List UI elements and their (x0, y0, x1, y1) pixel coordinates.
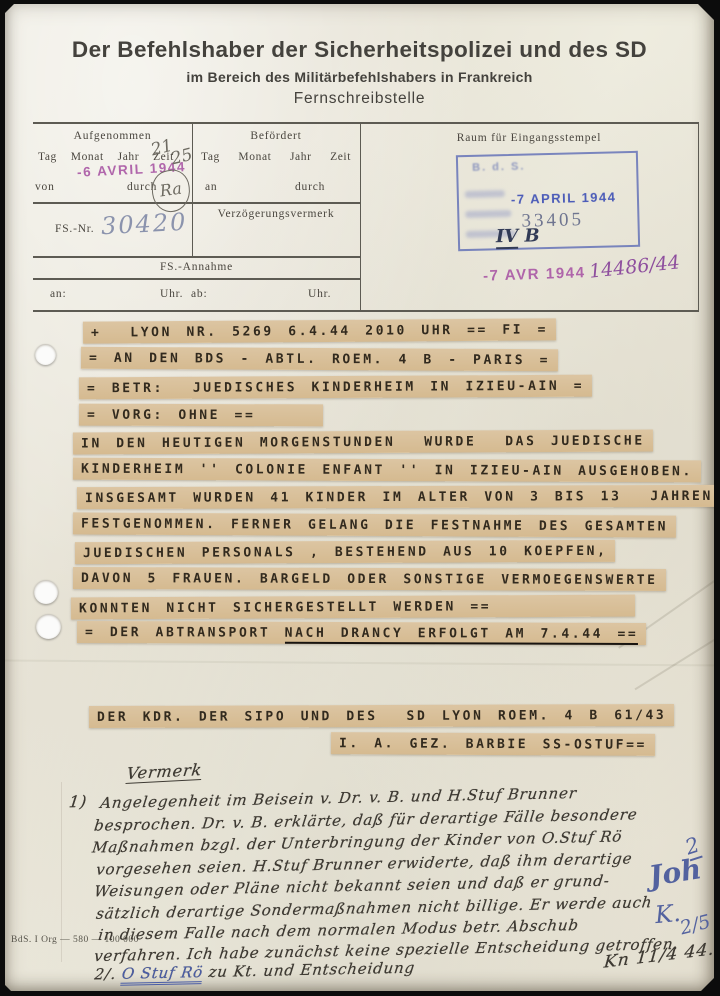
referat-annotation: IV B (496, 225, 540, 247)
col-monat: Monat (238, 151, 271, 163)
stempel-area-label: Raum für Eingangsstempel (360, 132, 698, 144)
befoerdert-columns: Tag Monat Jahr Zeit (201, 151, 351, 163)
telegram-strip: = BETR: JUEDISCHES KINDERHEIM IN IZIEU-A… (79, 375, 592, 400)
annahme-uhr-label: Uhr. (160, 288, 183, 300)
col-tag: Tag (201, 151, 220, 163)
scan-corner (694, 0, 720, 26)
office-line: Fernschreibstelle (5, 90, 714, 108)
fs-nr-label: FS.-Nr. (55, 223, 94, 235)
entry-stamp-box: B. d. S. -7 APRIL 1944 33405 IV B (456, 151, 640, 251)
referat-roman: IV (496, 226, 519, 250)
received-time-minutes: 25 (169, 145, 195, 170)
punch-hole (35, 344, 56, 365)
fs-nr-value: 30420 (100, 208, 188, 240)
telegram-strip-transport: = DER ABTRANSPORT NACH DRANCY ERFOLGT AM… (77, 621, 646, 645)
memo-heading: Vermerk (125, 760, 203, 784)
form-rule-row2 (33, 256, 360, 258)
telegram-strip: = VORG: OHNE == (79, 404, 323, 427)
telegram-strip: IN DEN HEUTIGEN MORGENSTUNDEN WURDE DAS … (73, 429, 653, 454)
scanned-document: Der Befehlshaber der Sicherheitspolizei … (0, 0, 720, 996)
form-rule-row3 (33, 278, 360, 280)
memo-item2-rest: zu Kt. und Entscheidung (202, 959, 416, 981)
form-divider-left (192, 122, 193, 256)
transport-underlined-text: NACH DRANCY ERFOLGT AM 7.4.44 == (285, 626, 639, 645)
stamp-faint-header: B. d. S. (472, 161, 526, 174)
annahme-ab-label: ab: (191, 288, 207, 300)
illegible-stamp-text (465, 190, 505, 198)
telegram-strip: = AN DEN BDS - ABTL. ROEM. 4 B - PARIS = (81, 347, 558, 371)
telegram-strip-signature: I. A. GEZ. BARBIE SS-OSTUF== (331, 732, 655, 756)
form-rule-bottom (33, 310, 699, 312)
form-divider-right (698, 122, 699, 310)
telegram-strip: KINDERHEIM '' COLONIE ENFANT '' IN IZIEU… (73, 458, 701, 483)
an-label: an (205, 181, 217, 193)
befoerdert-label: Befördert (192, 130, 360, 142)
memo-item1-marker: 1) (68, 792, 88, 811)
registry-number: 14486/44 (588, 251, 681, 282)
fs-annahme-label: FS.-Annahme (33, 261, 360, 273)
annahme-an-label: an: (50, 288, 66, 300)
telegram-strip-sender: DER KDR. DER SIPO UND DES SD LYON ROEM. … (89, 704, 674, 728)
punch-hole (34, 580, 58, 604)
verzoegerungsvermerk-label: Verzögerungsvermerk (192, 208, 360, 220)
scan-corner (696, 972, 720, 996)
form-rule-top (33, 122, 699, 124)
entry-stamp-date: -7 APRIL 1944 (511, 189, 617, 207)
col-monat: Monat (71, 151, 104, 163)
referat-letter: B (524, 225, 540, 246)
form-rule-row1 (33, 202, 360, 204)
scan-corner (0, 980, 16, 996)
telegram-strip: JUEDISCHEN PERSONALS , BESTEHEND AUS 10 … (75, 540, 616, 564)
telegram-strip: FESTGENOMMEN. FERNER GELANG DIE FESTNAHM… (73, 512, 676, 537)
punch-hole (36, 614, 61, 639)
second-date-stamp: -7 AVR 1944 (483, 264, 586, 285)
telegram-strip: DAVON 5 FRAUEN. BARGELD ODER SONSTIGE VE… (73, 567, 666, 591)
paper-crease (634, 620, 714, 690)
memo-item2-highlight: O Stuf Rö (121, 963, 205, 986)
form-divider-mid (360, 122, 361, 310)
telegram-strip: + LYON NR. 5269 6.4.44 2010 UHR == FI = (83, 318, 556, 343)
col-tag: Tag (38, 151, 57, 163)
von-label: von (35, 181, 55, 193)
illegible-stamp-text (465, 210, 511, 218)
page-subtitle: im Bereich des Militärbefehlshabers in F… (5, 69, 714, 85)
telegram-strip: KONNTEN NICHT SICHERGESTELLT WERDEN == (71, 595, 635, 620)
transport-text: = DER ABTRANSPORT (85, 625, 285, 641)
memo-item2-marker: 2/. (93, 965, 117, 983)
margin-mark: K. (654, 899, 682, 929)
telegram-strip: INSGESAMT WURDEN 41 KINDER IM ALTER VON … (77, 485, 714, 509)
durch-label: durch (295, 181, 325, 193)
col-jahr: Jahr (290, 151, 312, 163)
scan-corner (0, 0, 18, 18)
col-zeit: Zeit (330, 151, 351, 163)
margin-mark: 2/5 (678, 911, 713, 940)
paper-fold (5, 659, 714, 666)
annahme-uhr-label: Uhr. (308, 288, 331, 300)
page-title: Der Befehlshaber der Sicherheitspolizei … (5, 37, 714, 63)
paper-sheet: Der Befehlshaber der Sicherheitspolizei … (5, 4, 714, 991)
margin-mark: Joh (647, 852, 704, 893)
